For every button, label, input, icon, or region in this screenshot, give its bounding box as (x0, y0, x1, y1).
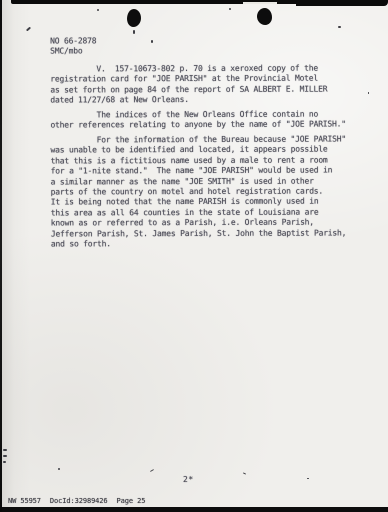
footer-doc-id: DocId:32989426 (50, 497, 108, 505)
scan-speck (307, 478, 309, 479)
file-number: NO 66-2878 (50, 36, 96, 45)
scan-edge-notch (243, 2, 277, 4)
scanned-document-page: NO 66-2878 SMC/mbo V. 157-10673-802 p. 7… (0, 0, 388, 512)
footer-page-label: Page 25 (117, 497, 146, 505)
scan-edge-bottom (0, 507, 388, 512)
scan-speck (3, 455, 7, 457)
footer-record-id: NW 55957 (8, 497, 41, 505)
scan-speck (151, 40, 153, 43)
scan-speck (26, 27, 31, 32)
scan-speck (243, 472, 246, 474)
scan-edge-left (0, 0, 2, 512)
archive-footer: NW 55957 DocId:32989426 Page 25 (8, 497, 145, 505)
paragraph: For the information of the Bureau becaus… (50, 134, 346, 249)
scan-speck (3, 449, 7, 451)
file-number-block: NO 66-2878 SMC/mbo (50, 36, 96, 57)
scan-speck (150, 469, 154, 472)
hole-punch-mark (127, 9, 141, 27)
scan-speck (368, 92, 369, 94)
page-number: 2* (183, 475, 194, 484)
scan-edge-top-right (296, 0, 388, 6)
scan-speck (97, 9, 99, 11)
scan-speck (338, 26, 341, 28)
paragraph: V. 157-10673-802 p. 70 is a xeroxed copy… (50, 64, 327, 107)
scan-speck (229, 8, 231, 10)
scan-speck (3, 461, 6, 463)
hole-punch-mark (257, 8, 272, 25)
typist-initials: SMC/mbo (50, 47, 82, 56)
scan-speck (133, 30, 135, 34)
scan-speck (58, 468, 60, 470)
paragraph: The indices of the New Orleans Office co… (50, 109, 346, 131)
